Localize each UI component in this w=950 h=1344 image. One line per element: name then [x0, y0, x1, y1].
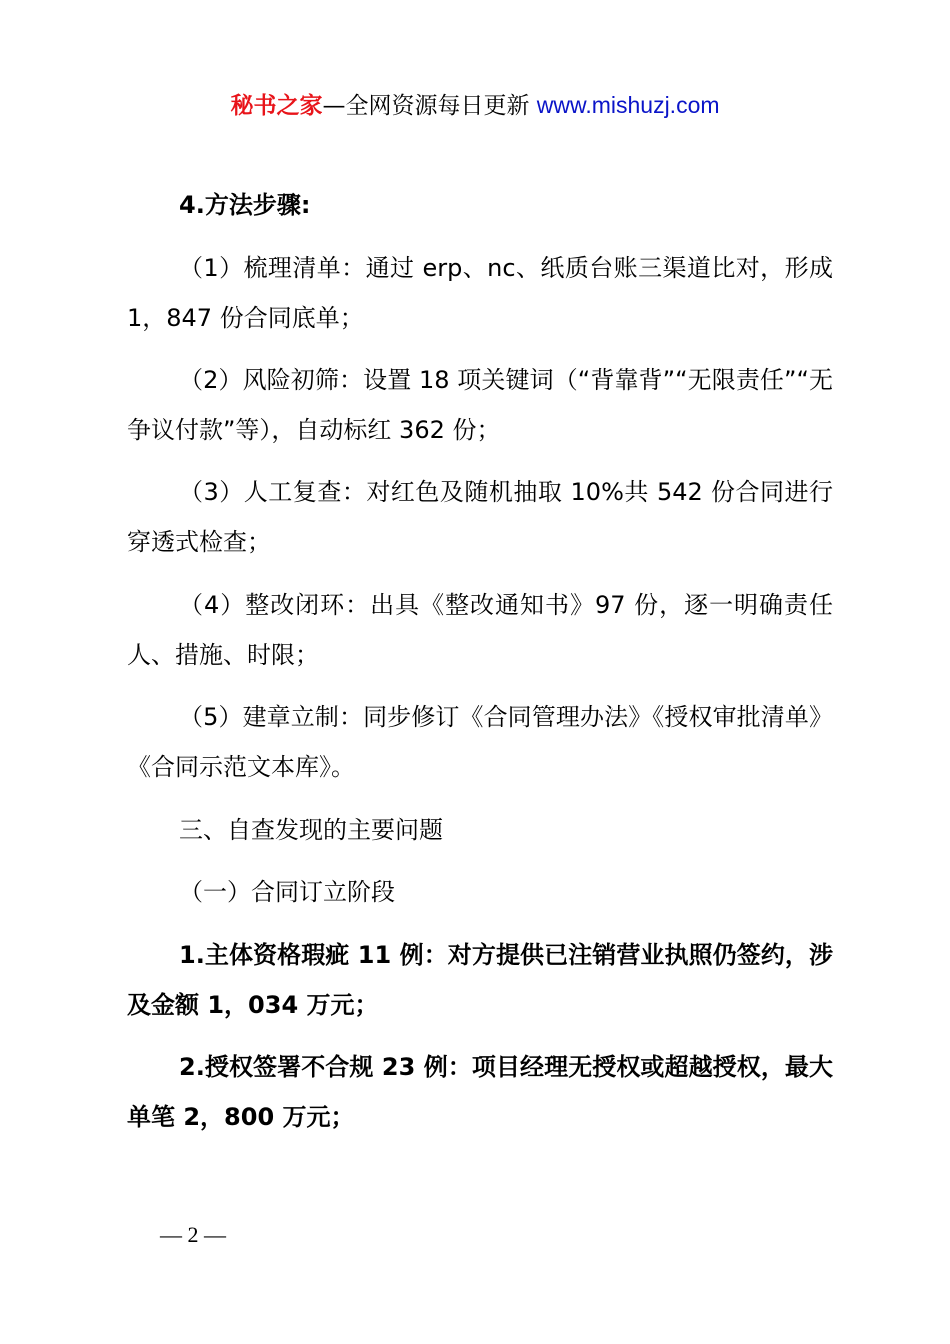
tagline: —全网资源每日更新 — [322, 93, 529, 119]
site-url-link[interactable]: www.mishuzj.com — [537, 92, 720, 118]
brand-name: 秘书之家 — [230, 93, 322, 119]
step-5: （5）建章立制：同步修订《合同管理办法》《授权审批清单》《合同示范文本库》。 — [127, 692, 833, 792]
subsection-title: （一）合同订立阶段 — [127, 867, 833, 917]
step-3: （3）人工复查：对红色及随机抽取 10%共 542 份合同进行穿透式检查； — [127, 467, 833, 567]
issue-2: 2.授权签署不合规 23 例：项目经理无授权或超越授权，最大单笔 2，800 万… — [127, 1042, 833, 1142]
step-2: （2）风险初筛：设置 18 项关键词（“背靠背”“无限责任”“无争议付款”等），… — [127, 355, 833, 455]
step-1: （1）梳理清单：通过 erp、nc、纸质台账三渠道比对，形成 1，847 份合同… — [127, 243, 833, 343]
section-title: 三、自查发现的主要问题 — [127, 805, 833, 855]
site-header: 秘书之家—全网资源每日更新 www.mishuzj.com — [0, 88, 950, 123]
page-number: — 2 — — [160, 1222, 226, 1248]
heading-methods: 4.方法步骤: — [127, 180, 833, 230]
issue-1: 1.主体资格瑕疵 11 例：对方提供已注销营业执照仍签约，涉及金额 1，034 … — [127, 930, 833, 1030]
step-4: （4）整改闭环：出具《整改通知书》97 份，逐一明确责任人、措施、时限； — [127, 580, 833, 680]
